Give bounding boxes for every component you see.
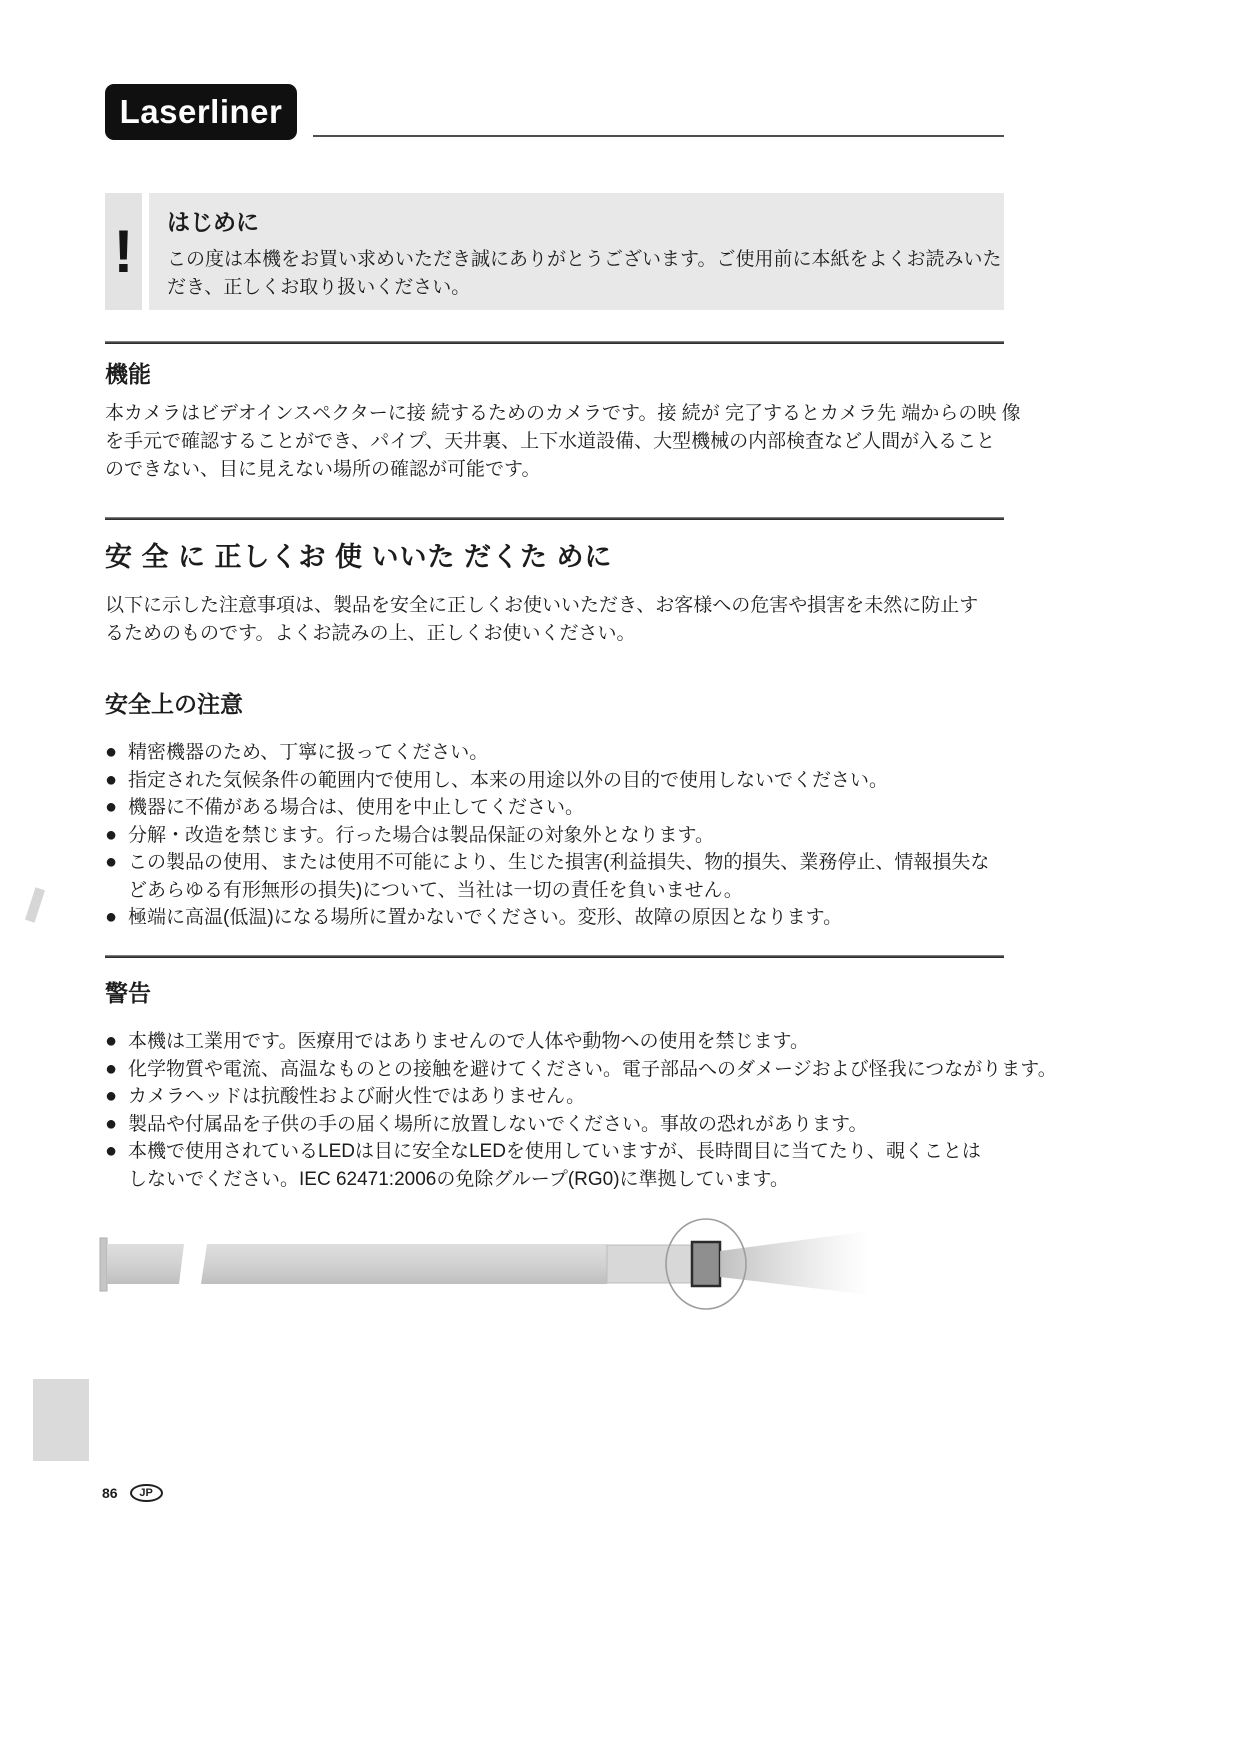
list-item-text: 指定された気候条件の範囲内で使用し、本来の用途以外の目的で使用しないでください。	[128, 767, 888, 795]
exclamation-icon: !	[114, 222, 134, 282]
list-item-text: 本機で使用されているLEDは目に安全なLEDを使用していますが、長時間目に当てた…	[128, 1138, 981, 1193]
features-body: 本カメラはビデオインスペクターに接 続するためのカメラです。接 続が 完了すると…	[105, 400, 1021, 484]
list-item-text: カメラヘッドは抗酸性および耐火性ではありません。	[128, 1083, 585, 1111]
bullet-icon: ●	[105, 1083, 128, 1111]
intro-body: この度は本機をお買い求めいただき誠にありがとうございます。ご使用前に本紙をよくお…	[167, 246, 990, 302]
list-item: ● 製品や付属品を子供の手の届く場所に放置しないでください。事故の恐れがあります…	[105, 1111, 1195, 1139]
list-item: ● 指定された気候条件の範囲内で使用し、本来の用途以外の目的で使用しないでくださ…	[105, 767, 1195, 795]
bullet-icon: ●	[105, 767, 128, 795]
probe-end-cap	[100, 1238, 107, 1291]
safe-use-body: 以下に示した注意事項は、製品を安全に正しくお使いいただき、お客様への危害や損害を…	[105, 592, 978, 648]
list-item: ● 機器に不備がある場合は、使用を中止してください。	[105, 794, 1195, 822]
list-item: ● 化学物質や電流、高温なものとの接触を避けてください。電子部品へのダメージおよ…	[105, 1056, 1195, 1084]
list-item-text: 精密機器のため、丁寧に扱ってください。	[128, 739, 488, 767]
warning-list: ● 本機は工業用です。医療用ではありませんので人体や動物への使用を禁じます。 ●…	[105, 1028, 1195, 1193]
corner-gray-square	[33, 1379, 89, 1461]
safety-notes-list: ● 精密機器のため、丁寧に扱ってください。 ● 指定された気候条件の範囲内で使用…	[105, 739, 1195, 932]
bullet-icon: ●	[105, 739, 128, 767]
section-divider	[105, 517, 1004, 520]
list-item-text: 本機は工業用です。医療用ではありませんので人体や動物への使用を禁じます。	[128, 1028, 809, 1056]
probe-distal-segment	[607, 1245, 692, 1283]
list-item: ● 精密機器のため、丁寧に扱ってください。	[105, 739, 1195, 767]
list-item-text: 化学物質や電流、高温なものとの接触を避けてください。電子部品へのダメージおよび怪…	[128, 1056, 1057, 1084]
warning-title: 警告	[105, 975, 151, 1008]
features-title: 機能	[105, 356, 151, 389]
camera-probe-illustration	[95, 1218, 885, 1330]
section-divider	[105, 341, 1004, 344]
probe-segment	[107, 1244, 184, 1284]
page-number: 86	[102, 1485, 118, 1501]
intro-section: はじめに この度は本機をお買い求めいただき誠にありがとうございます。ご使用前に本…	[149, 193, 1004, 310]
list-item-text: この製品の使用、または使用不可能により、生じた損害(利益損失、物的損失、業務停止…	[128, 849, 989, 904]
list-item: ● 本機は工業用です。医療用ではありませんので人体や動物への使用を禁じます。	[105, 1028, 1195, 1056]
led-light-cone	[720, 1231, 870, 1295]
locale-badge: JP	[130, 1484, 163, 1502]
list-item: ● 極端に高温(低温)になる場所に置かないでください。変形、故障の原因となります…	[105, 904, 1195, 932]
list-item: ● 本機で使用されているLEDは目に安全なLEDを使用していますが、長時間目に当…	[105, 1138, 1195, 1193]
list-item: ● 分解・改造を禁じます。行った場合は製品保証の対象外となります。	[105, 822, 1195, 850]
bullet-icon: ●	[105, 794, 128, 822]
header-rule	[313, 135, 1004, 137]
brand-logo: Laserliner	[105, 84, 297, 140]
page-footer: 86 JP	[102, 1484, 163, 1502]
scan-artifact	[25, 887, 45, 922]
alert-panel: !	[105, 193, 142, 310]
probe-segment	[201, 1244, 607, 1284]
safe-use-title: 安 全 に 正しくお 使 いいた だくた めに	[105, 535, 613, 574]
bullet-icon: ●	[105, 849, 128, 877]
bullet-icon: ●	[105, 904, 128, 932]
list-item-text: 製品や付属品を子供の手の届く場所に放置しないでください。事故の恐れがあります。	[128, 1111, 867, 1139]
bullet-icon: ●	[105, 1138, 128, 1166]
list-item: ● カメラヘッドは抗酸性および耐火性ではありません。	[105, 1083, 1195, 1111]
camera-head	[692, 1242, 720, 1286]
brand-logo-text: Laserliner	[120, 93, 283, 131]
bullet-icon: ●	[105, 822, 128, 850]
list-item-text: 機器に不備がある場合は、使用を中止してください。	[128, 794, 584, 822]
safety-notes-title: 安全上の注意	[105, 686, 243, 719]
intro-title: はじめに	[167, 204, 990, 237]
list-item-text: 分解・改造を禁じます。行った場合は製品保証の対象外となります。	[128, 822, 714, 850]
list-item-text: 極端に高温(低温)になる場所に置かないでください。変形、故障の原因となります。	[128, 904, 842, 932]
section-divider	[105, 955, 1004, 958]
bullet-icon: ●	[105, 1056, 128, 1084]
list-item: ● この製品の使用、または使用不可能により、生じた損害(利益損失、物的損失、業務…	[105, 849, 1195, 904]
bullet-icon: ●	[105, 1111, 128, 1139]
manual-page: Laserliner ! はじめに この度は本機をお買い求めいただき誠にありがと…	[0, 0, 1241, 1754]
bullet-icon: ●	[105, 1028, 128, 1056]
